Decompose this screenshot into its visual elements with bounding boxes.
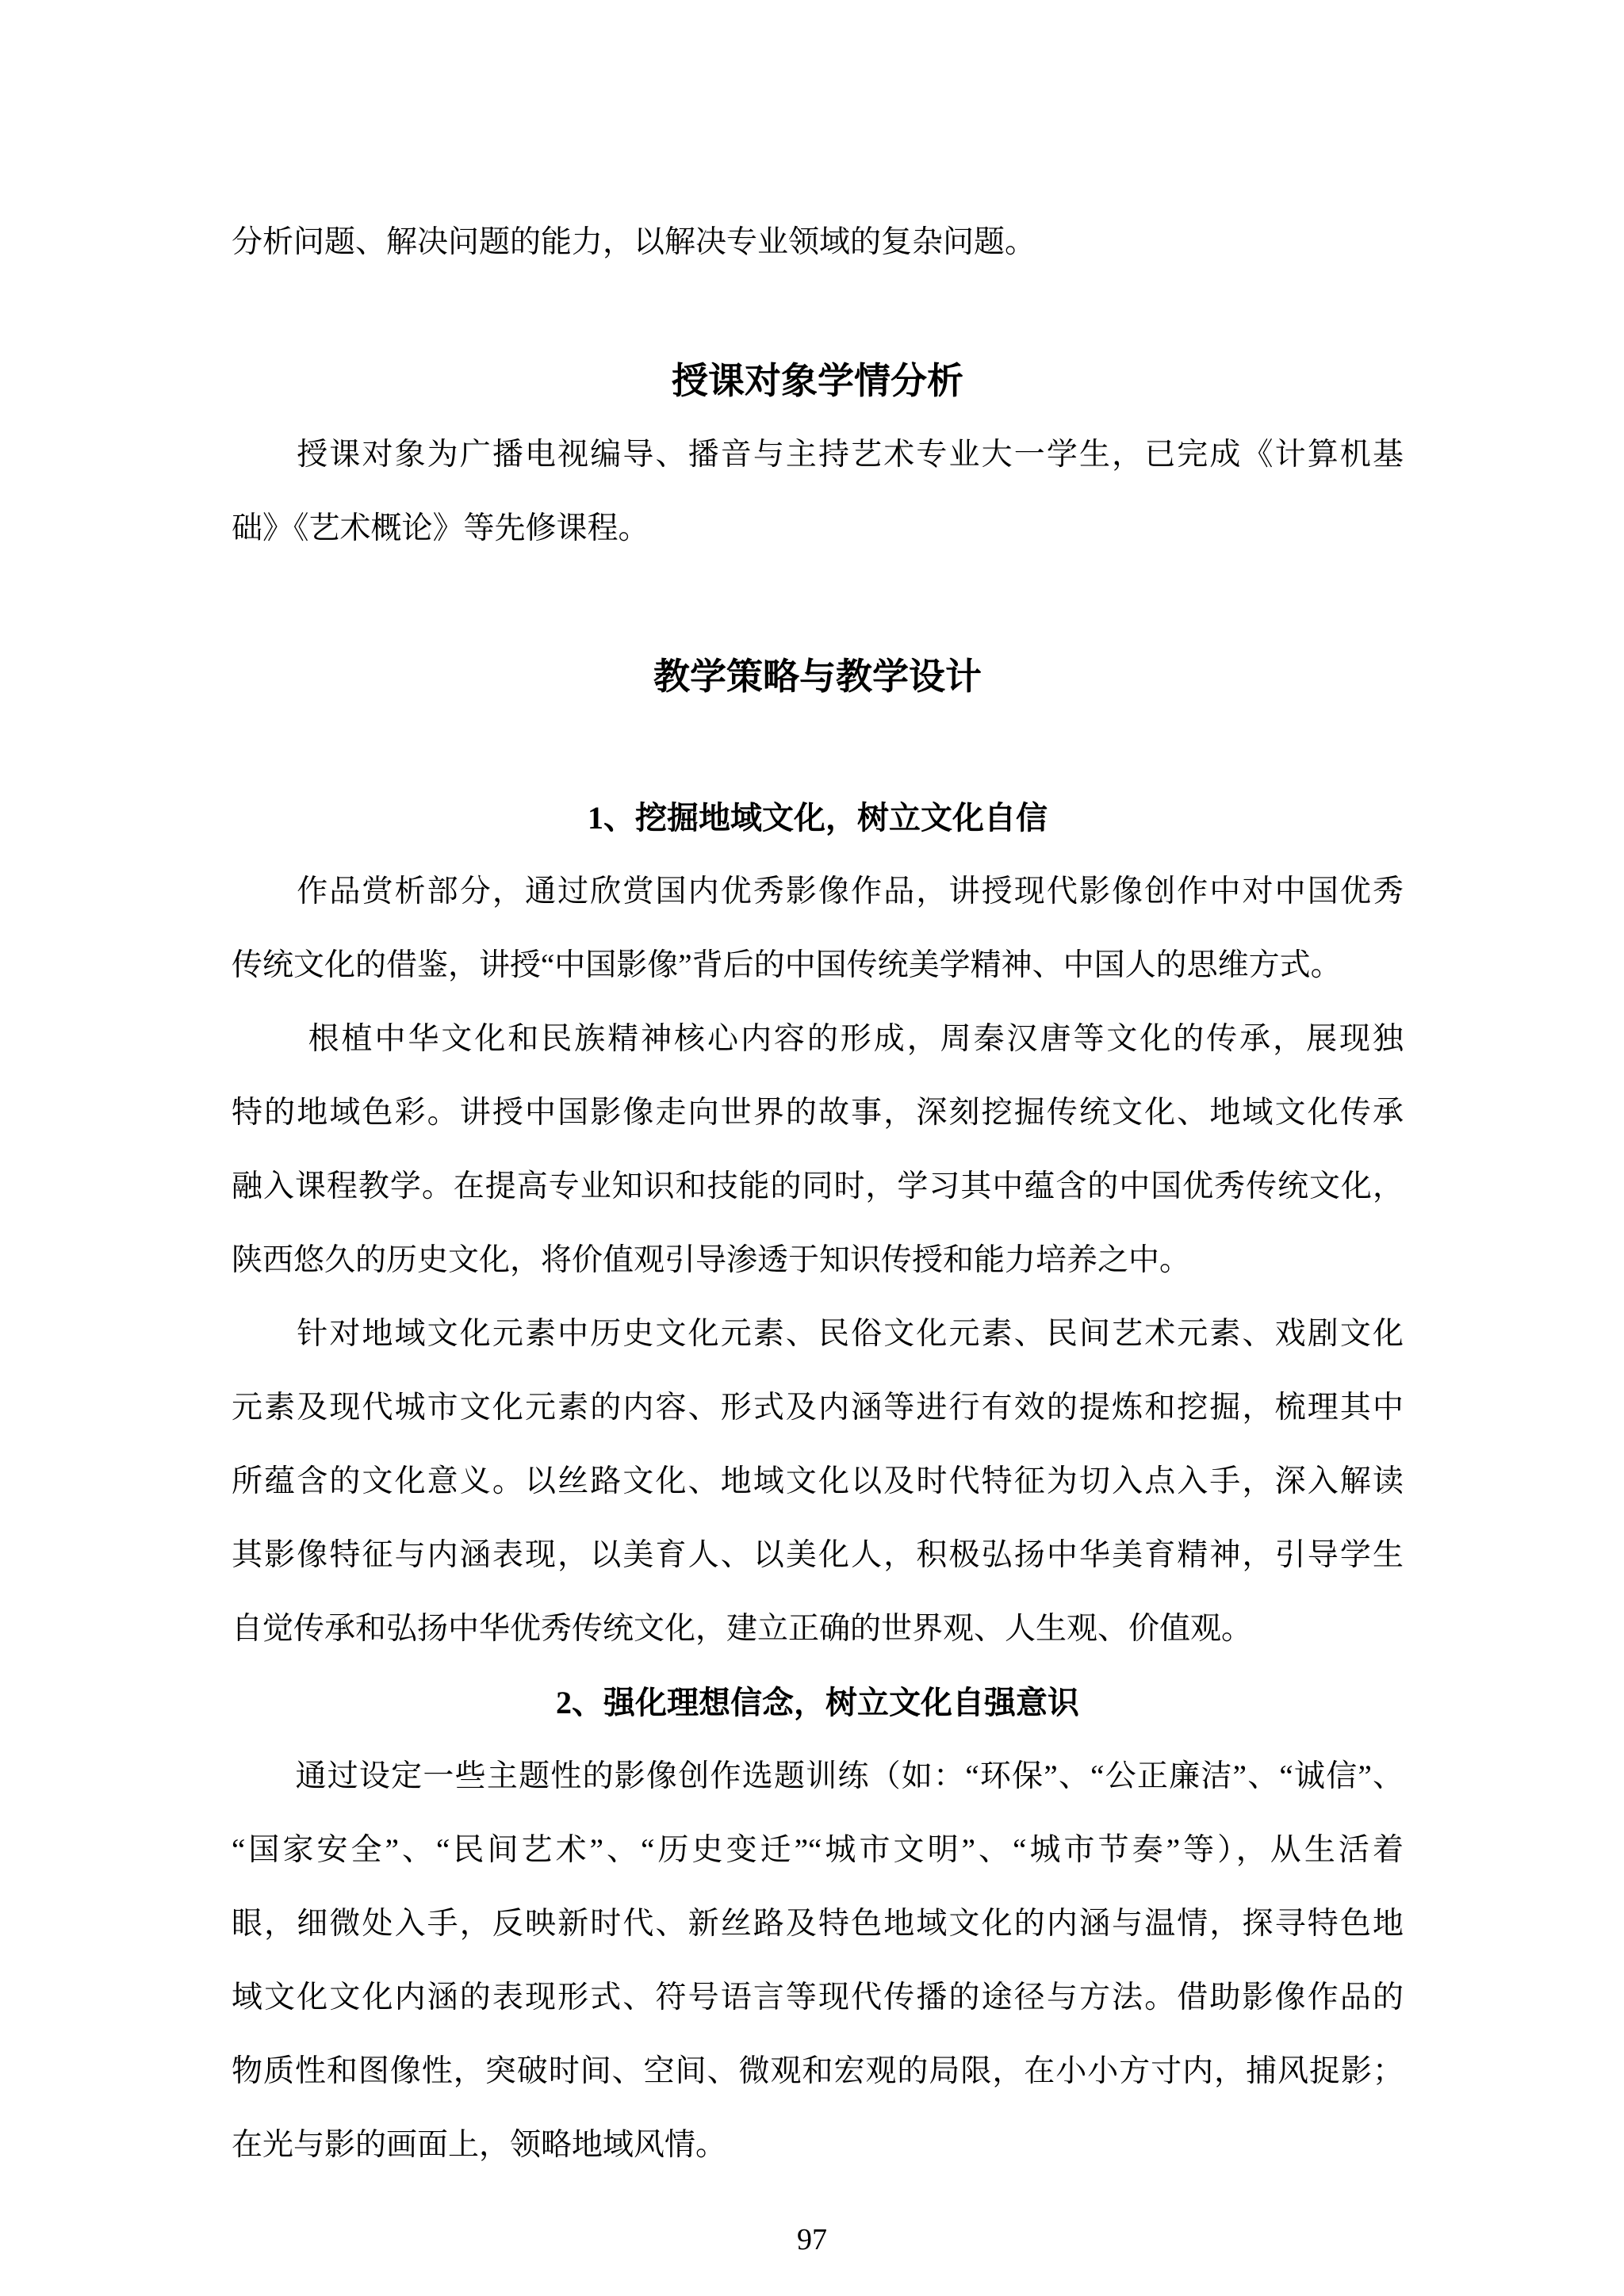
subheading-1-regional-culture: 1、挖掘地域文化，树立文化自信 — [232, 781, 1404, 855]
text-line: 在光与影的画面上，领略地域风情。 — [232, 2108, 1404, 2182]
document-page: 分析问题、解决问题的能力，以解决专业领域的复杂问题。 授课对象学情分析 授课对象… — [0, 0, 1624, 2296]
paragraph-rooted-culture: 根植中华文化和民族精神核心内容的形成，周秦汉唐等文化的传承，展现独 特的地域色彩… — [232, 1002, 1404, 1297]
text-line: 域文化文化内涵的表现形式、符号语言等现代传播的途径与方法。借助影像作品的 — [232, 1961, 1404, 2034]
text-line: 础》《艺术概论》等先修课程。 — [232, 492, 1404, 565]
section-heading-audience-analysis: 授课对象学情分析 — [232, 344, 1404, 418]
text-line: 其影像特征与内涵表现，以美育人、以美化人，积极弘扬中华美育精神，引导学生 — [232, 1518, 1404, 1592]
text-line: 所蕴含的文化意义。以丝路文化、地域文化以及时代特征为切入点入手，深入解读 — [232, 1445, 1404, 1518]
section-heading-teaching-strategy: 教学策略与教学设计 — [232, 640, 1404, 714]
paragraph-themed-training: 通过设定一些主题性的影像创作选题训练（如：“环保”、“公正廉洁”、“诚信”、 “… — [232, 1739, 1404, 2182]
text-line: 根植中华文化和民族精神核心内容的形成，周秦汉唐等文化的传承，展现独 — [232, 1002, 1404, 1076]
text-line: 元素及现代城市文化元素的内容、形式及内涵等进行有效的提炼和挖掘，梳理其中 — [232, 1371, 1404, 1445]
text-line: 物质性和图像性，突破时间、空间、微观和宏观的局限，在小小方寸内，捕风捉影； — [232, 2034, 1404, 2108]
text-line: 特的地域色彩。讲授中国影像走向世界的故事，深刻挖掘传统文化、地域文化传承 — [232, 1076, 1404, 1150]
text-line: 眼，细微处入手，反映新时代、新丝路及特色地域文化的内涵与温情，探寻特色地 — [232, 1887, 1404, 1961]
text-line: 分析问题、解决问题的能力，以解决专业领域的复杂问题。 — [232, 205, 1404, 279]
text-line: 融入课程教学。在提高专业知识和技能的同时，学习其中蕴含的中国优秀传统文化， — [232, 1150, 1404, 1223]
paragraph-cultural-elements: 针对地域文化元素中历史文化元素、民俗文化元素、民间艺术元素、戏剧文化 元素及现代… — [232, 1297, 1404, 1666]
text-line: 授课对象为广播电视编导、播音与主持艺术专业大一学生，已完成《计算机基 — [232, 418, 1404, 492]
paragraph-intro-continuation: 分析问题、解决问题的能力，以解决专业领域的复杂问题。 — [232, 205, 1404, 279]
page-number: 97 — [0, 2221, 1624, 2258]
text-line: 自觉传承和弘扬中华优秀传统文化，建立正确的世界观、人生观、价值观。 — [232, 1592, 1404, 1666]
text-line: 通过设定一些主题性的影像创作选题训练（如：“环保”、“公正廉洁”、“诚信”、 — [232, 1739, 1404, 1813]
subheading-2-ideals-beliefs: 2、强化理想信念，树立文化自强意识 — [232, 1666, 1404, 1739]
paragraph-appreciation: 作品赏析部分，通过欣赏国内优秀影像作品，讲授现代影像创作中对中国优秀 传统文化的… — [232, 855, 1404, 1002]
paragraph-audience: 授课对象为广播电视编导、播音与主持艺术专业大一学生，已完成《计算机基 础》《艺术… — [232, 418, 1404, 565]
text-line: 针对地域文化元素中历史文化元素、民俗文化元素、民间艺术元素、戏剧文化 — [232, 1297, 1404, 1371]
text-line: 作品赏析部分，通过欣赏国内优秀影像作品，讲授现代影像创作中对中国优秀 — [232, 855, 1404, 928]
text-line: 陕西悠久的历史文化，将价值观引导渗透于知识传授和能力培养之中。 — [232, 1223, 1404, 1297]
text-line: “国家安全”、“民间艺术”、“历史变迁”“城市文明”、“城市节奏”等），从生活着 — [232, 1813, 1404, 1887]
text-line: 传统文化的借鉴，讲授“中国影像”背后的中国传统美学精神、中国人的思维方式。 — [232, 928, 1404, 1002]
